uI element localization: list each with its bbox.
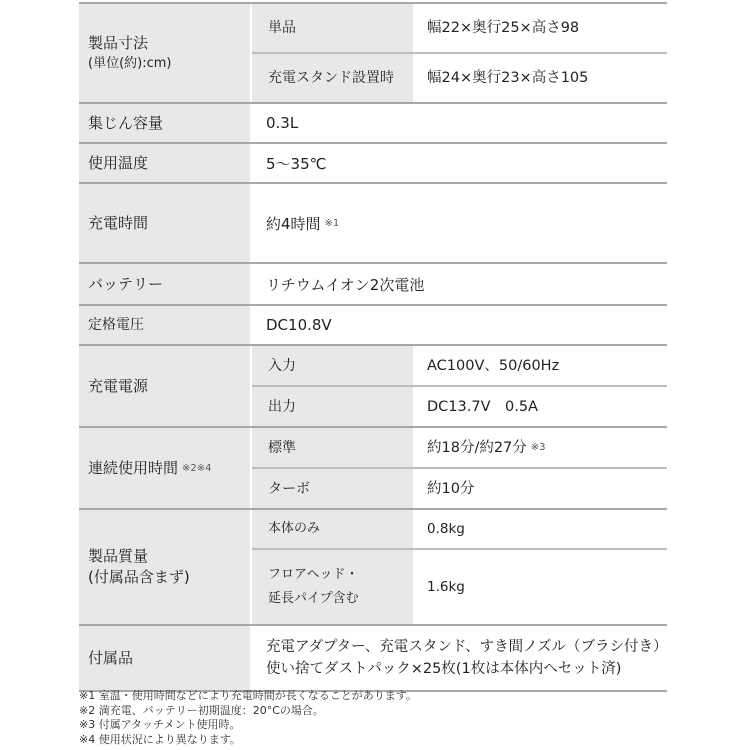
value: DC10.8V (250, 306, 667, 344)
subrow-standard: 標準 約18分/約27分 ※3 (252, 428, 667, 467)
footnote-1: ※1 室温・使用時間などにより充電時間が長くなることがあります。 (79, 689, 417, 704)
subrow-output: 出力 DC13.7V 0.5A (252, 385, 667, 426)
row-dust-capacity: 集じん容量 0.3L (79, 102, 667, 142)
value: 幅22×奥行25×高さ98 (413, 4, 667, 52)
sublabel: 充電スタンド設置時 (252, 54, 413, 102)
cat-label: 製品寸法 (88, 33, 250, 54)
cat-weight: 製品質量 (付属品含まず) (79, 510, 250, 624)
row-charging-power: 充電電源 入力 AC100V、50/60Hz 出力 DC13.7V 0.5A (79, 344, 667, 426)
value: DC13.7V 0.5A (413, 387, 667, 426)
cat-unit: (単位(約):cm) (88, 54, 250, 73)
value: 約10分 (413, 469, 667, 508)
sublabel: 単品 (252, 4, 413, 52)
subrow-input: 入力 AC100V、50/60Hz (252, 346, 667, 385)
value-line2: 使い捨てダストパック×25枚(1枚は本体内へセット済) (266, 658, 621, 680)
row-battery: バッテリー リチウムイオン2次電池 (79, 262, 667, 304)
value: 0.8kg (413, 510, 667, 548)
cat-label: 集じん容量 (79, 104, 250, 142)
value-line1: 充電アダプター、充電スタンド、すき間ノズル（ブラシ付き） (266, 636, 667, 658)
cat-label: 使用温度 (79, 144, 250, 182)
cat-dimensions: 製品寸法 (単位(約):cm) (79, 4, 250, 102)
value-cell: 約4時間 ※1 (250, 184, 667, 262)
cat-label: 定格電圧 (79, 306, 250, 344)
cat-continuous-use: 連続使用時間※2※4 (79, 428, 250, 508)
value-cell: 充電アダプター、充電スタンド、すき間ノズル（ブラシ付き） 使い捨てダストパック×… (250, 626, 667, 690)
spec-table: 製品寸法 (単位(約):cm) 単品 幅22×奥行25×高さ98 充電スタンド設… (79, 2, 667, 692)
sublabel-line1: フロアヘッド・ (268, 563, 358, 587)
sublabel: フロアヘッド・ 延長パイプ含む (252, 550, 413, 624)
cat-label: 付属品 (79, 626, 250, 690)
value: AC100V、50/60Hz (413, 346, 667, 385)
footnotes: ※1 室温・使用時間などにより充電時間が長くなることがあります。 ※2 満充電、… (79, 689, 417, 747)
subrow-turbo: ターボ 約10分 (252, 467, 667, 508)
value: 1.6kg (413, 550, 667, 624)
value-cell: 約18分/約27分 ※3 (413, 428, 667, 467)
subrow-stand: 充電スタンド設置時 幅24×奥行23×高さ105 (252, 52, 667, 102)
value: 約4時間 (266, 213, 321, 234)
footnote-3: ※3 付属アタッチメント使用時。 (79, 718, 417, 733)
cat-label: 連続使用時間 (88, 459, 178, 477)
row-dimensions: 製品寸法 (単位(約):cm) 単品 幅22×奥行25×高さ98 充電スタンド設… (79, 2, 667, 102)
subrow-single: 単品 幅22×奥行25×高さ98 (252, 4, 667, 52)
value: 0.3L (250, 104, 667, 142)
cat-sublabel: (付属品含まず) (88, 567, 250, 588)
row-rated-voltage: 定格電圧 DC10.8V (79, 304, 667, 344)
row-weight: 製品質量 (付属品含まず) 本体のみ 0.8kg フロアヘッド・ 延長パイプ含む… (79, 508, 667, 624)
footnote-4: ※4 使用状況により異なります。 (79, 733, 417, 748)
sublabel: 本体のみ (252, 510, 413, 548)
cat-label: バッテリー (79, 264, 250, 304)
cat-label: 充電電源 (79, 346, 250, 426)
cat-label: 製品質量 (88, 546, 250, 567)
row-accessories: 付属品 充電アダプター、充電スタンド、すき間ノズル（ブラシ付き） 使い捨てダスト… (79, 624, 667, 692)
value: 幅24×奥行23×高さ105 (413, 54, 667, 102)
row-charge-time: 充電時間 約4時間 ※1 (79, 182, 667, 262)
value: リチウムイオン2次電池 (250, 264, 667, 304)
value: 約18分/約27分 (427, 437, 527, 459)
footnote-ref: ※2※4 (182, 463, 211, 474)
sublabel: ターボ (252, 469, 413, 508)
sublabel: 出力 (252, 387, 413, 426)
sublabel: 標準 (252, 428, 413, 467)
subrow-with-head: フロアヘッド・ 延長パイプ含む 1.6kg (252, 548, 667, 624)
row-operating-temp: 使用温度 5〜35℃ (79, 142, 667, 182)
footnote-ref: ※3 (531, 437, 546, 459)
cat-label: 充電時間 (79, 184, 250, 262)
sublabel: 入力 (252, 346, 413, 385)
footnote-2: ※2 満充電、バッテリー初期温度：20°Cの場合。 (79, 704, 417, 719)
subrow-body-only: 本体のみ 0.8kg (252, 510, 667, 548)
footnote-ref: ※1 (325, 218, 340, 229)
sublabel-line2: 延長パイプ含む (268, 587, 359, 611)
value: 5〜35℃ (250, 144, 667, 182)
row-continuous-use: 連続使用時間※2※4 標準 約18分/約27分 ※3 ターボ 約10分 (79, 426, 667, 508)
